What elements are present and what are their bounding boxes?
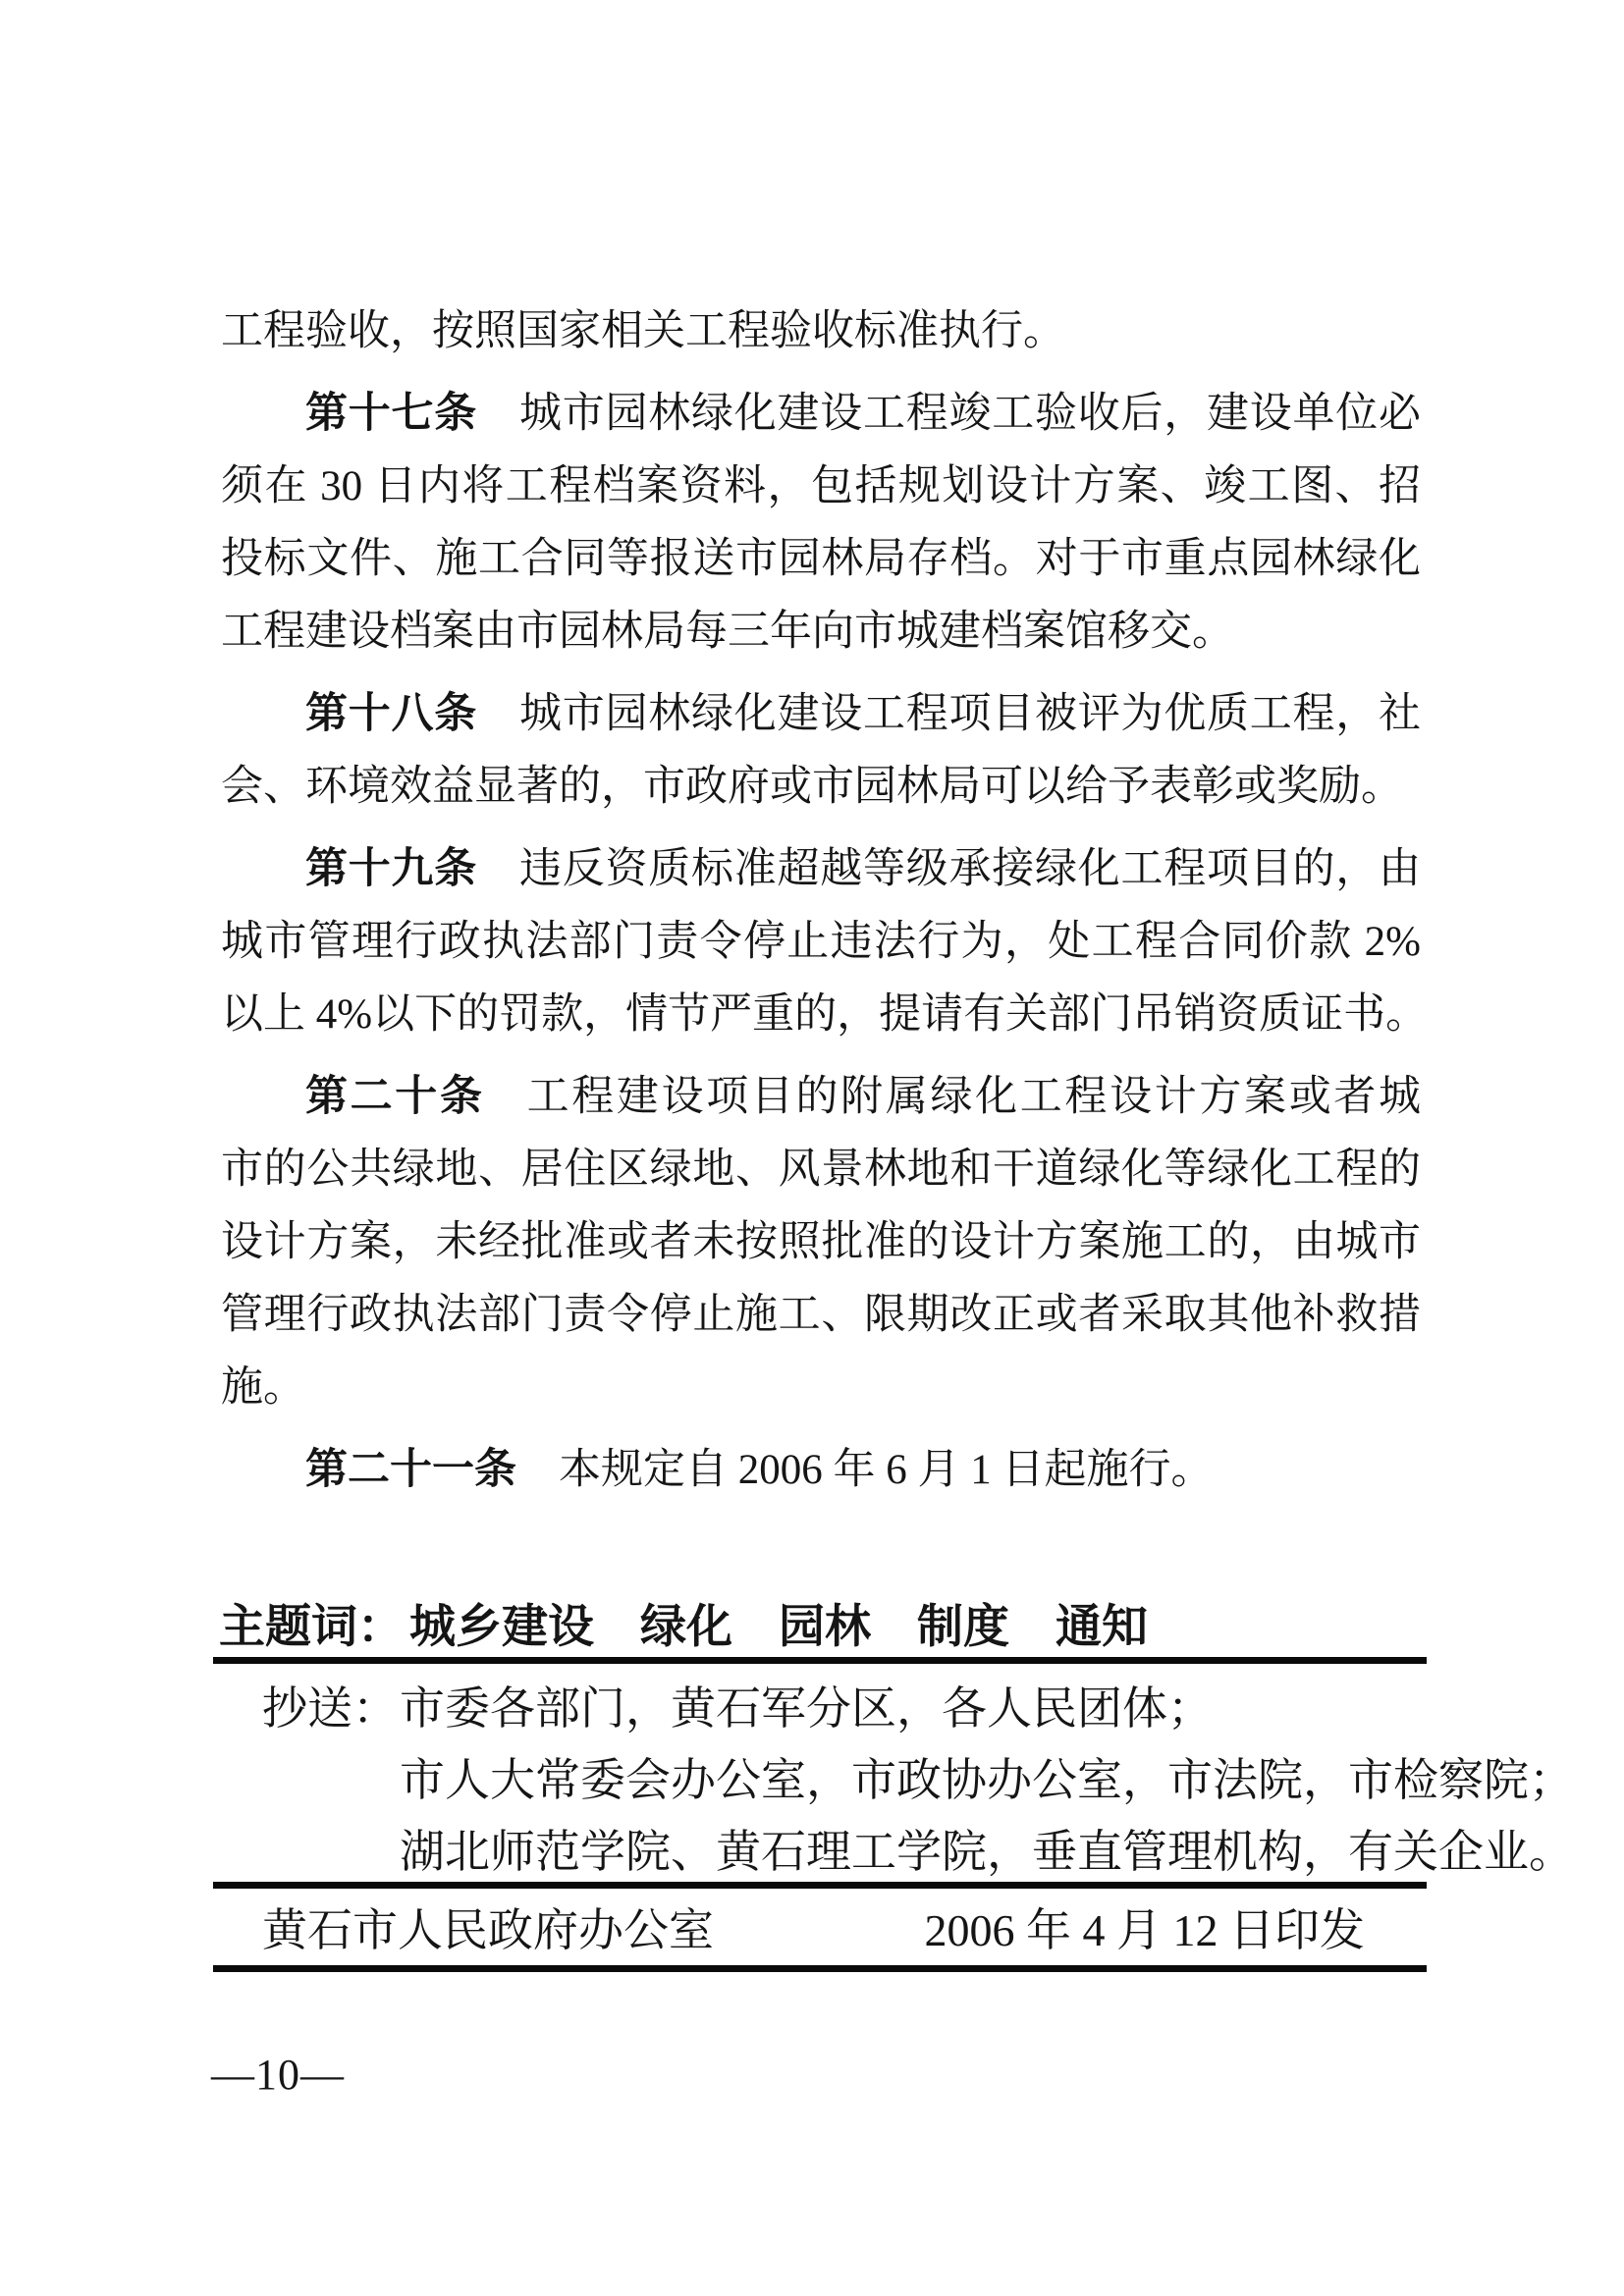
body-line: 第十七条城市园林绿化建设工程竣工验收后，建设单位必: [221, 377, 1421, 451]
subject-keywords: 城乡建设 绿化 园林 制度 通知: [409, 1600, 1148, 1652]
cc-line: 抄送：市委各部门，黄石军分区，各人民团体；: [213, 1673, 1427, 1744]
cc-line: 湖北师范学院、黄石理工学院，垂直管理机构，有关企业。: [213, 1816, 1427, 1888]
issuer-office: 黄石市人民政府办公室: [262, 1895, 714, 1966]
article-number: 第二十条: [305, 1073, 485, 1120]
body-line: 投标文件、施工合同等报送市园林局存档。对于市重点园林绿化: [221, 523, 1421, 596]
divider-rule-bottom: [213, 1965, 1427, 1972]
body-line: 市的公共绿地、居住区绿地、风景林地和干道绿化等绿化工程的: [221, 1134, 1421, 1206]
cc-line: 市人大常委会办公室，市政协办公室，市法院，市检察院；: [213, 1744, 1427, 1816]
divider-rule-middle: [213, 1882, 1427, 1889]
page-number: —10—: [211, 2054, 345, 2097]
subject-label: 主题词：: [219, 1600, 404, 1652]
body-line: 施。: [221, 1352, 1421, 1424]
article-number: 第十九条: [305, 845, 477, 892]
article-number: 第十七条: [305, 390, 477, 437]
body-line: 须在 30 日内将工程档案资料，包括规划设计方案、竣工图、招: [221, 451, 1421, 523]
body-line: 工程验收，按照国家相关工程验收标准执行。: [221, 295, 1421, 368]
cc-block: 抄送：市委各部门，黄石军分区，各人民团体；市人大常委会办公室，市政协办公室，市法…: [213, 1673, 1427, 1888]
body-line: 管理行政执法部门责令停止施工、限期改正或者采取其他补救措: [221, 1279, 1421, 1352]
body-line: 工程建设档案由市园林局每三年向市城建档案馆移交。: [221, 596, 1421, 668]
body-line: 以上 4%以下的罚款，情节严重的，提请有关部门吊销资质证书。: [221, 979, 1421, 1051]
document-page: 工程验收，按照国家相关工程验收标准执行。第十七条城市园林绿化建设工程竣工验收后，…: [0, 0, 1624, 2296]
body-line: 第二十条工程建设项目的附属绿化工程设计方案或者城: [221, 1060, 1421, 1134]
cc-label: 抄送：: [262, 1673, 398, 1744]
body-line: 第十八条城市园林绿化建设工程项目被评为优质工程，社: [221, 677, 1421, 751]
document-body: 工程验收，按照国家相关工程验收标准执行。第十七条城市园林绿化建设工程竣工验收后，…: [221, 295, 1421, 1507]
divider-rule-top: [213, 1657, 1427, 1664]
print-date: 2006 年 4 月 12 日印发: [925, 1895, 1366, 1966]
subject-line: 主题词：城乡建设 绿化 园林 制度 通知: [219, 1600, 1148, 1653]
issuer-row: 黄石市人民政府办公室 2006 年 4 月 12 日印发: [213, 1895, 1427, 1966]
body-line: 第二十一条本规定自 2006 年 6 月 1 日起施行。: [221, 1433, 1421, 1507]
body-line: 城市管理行政执法部门责令停止违法行为，处工程合同价款 2%: [221, 906, 1421, 979]
body-line: 会、环境效益显著的，市政府或市园林局可以给予表彰或奖励。: [221, 751, 1421, 824]
article-number: 第十八条: [305, 690, 477, 737]
body-line: 第十九条违反资质标准超越等级承接绿化工程项目的，由: [221, 832, 1421, 906]
article-number: 第二十一条: [305, 1446, 516, 1493]
body-line: 设计方案，未经批准或者未按照批准的设计方案施工的，由城市: [221, 1206, 1421, 1279]
